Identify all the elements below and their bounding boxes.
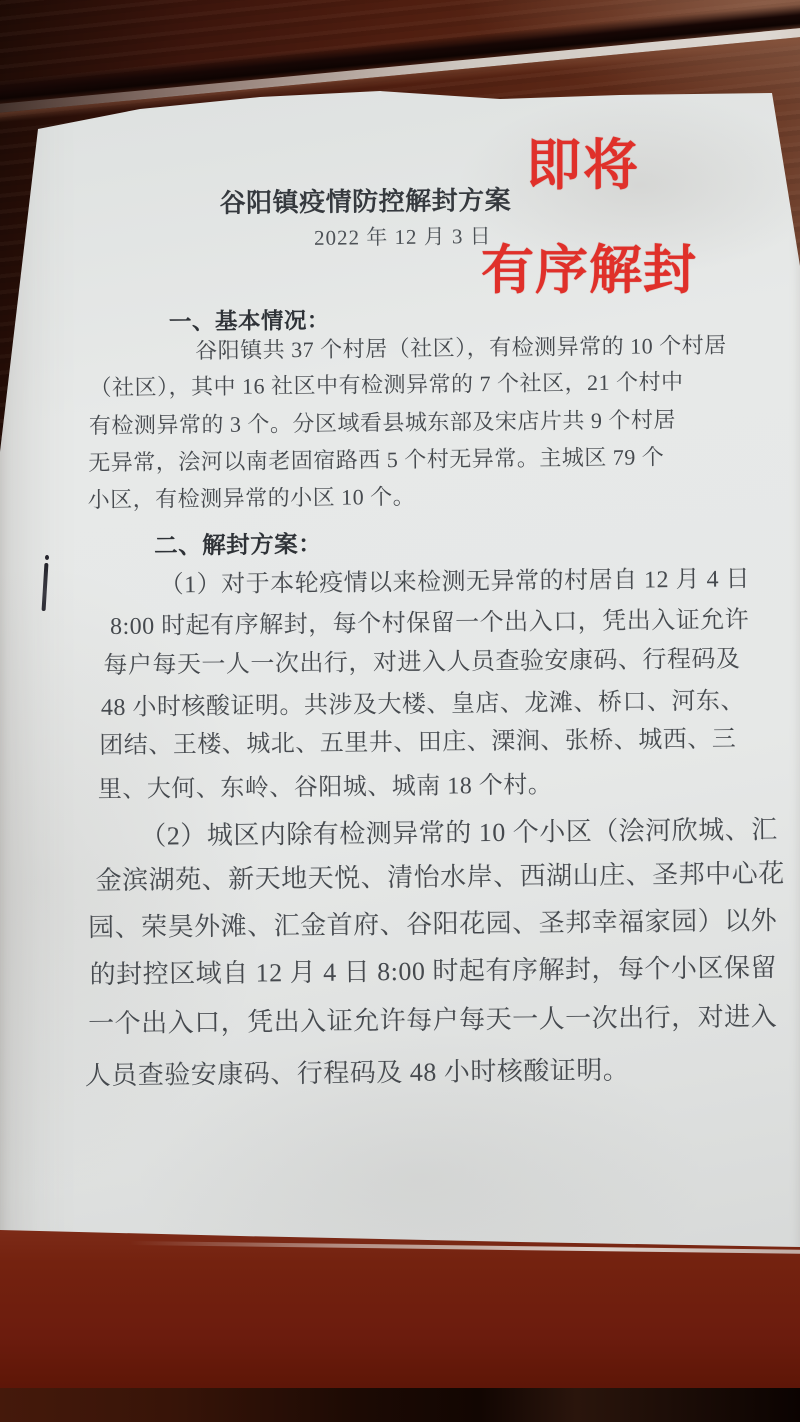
- doc-line: 团结、王楼、城北、五里井、田庄、溧涧、张桥、城西、三: [99, 718, 736, 760]
- document-title: 谷阳镇疫情防控解封方案: [219, 180, 511, 220]
- photo-of-document: 谷阳镇疫情防控解封方案 2022 年 12 月 3 日 一、基本情况： 谷阳镇共…: [0, 0, 800, 1422]
- doc-line: 一个出入口，凭出入证允许每户每天一人一次出行，对进入: [88, 996, 777, 1040]
- section-2-heading: 二、解封方案：: [154, 525, 322, 561]
- doc-line: 8:00 时起有序解封，每个村保留一个出入口，凭出入证允许: [110, 599, 750, 641]
- doc-line: （2）城区内除有检测异常的 10 个小区（浍河欣城、汇: [140, 809, 778, 853]
- doc-line: 谷阳镇共 37 个村居（社区），有检测异常的 10 个村居: [195, 329, 727, 366]
- doc-line: 小区，有检测异常的小区 10 个。: [88, 480, 416, 514]
- document-content: 谷阳镇疫情防控解封方案 2022 年 12 月 3 日 一、基本情况： 谷阳镇共…: [0, 0, 800, 1422]
- doc-line: 园、荣昊外滩、汇金首府、谷阳花园、圣邦幸福家园）以外: [88, 900, 777, 944]
- overlay-caption-bottom: 有序解封: [481, 228, 697, 304]
- doc-line: 里、大何、东岭、谷阳城、城南 18 个村。: [98, 764, 553, 804]
- doc-line: （1）对于本轮疫情以来检测无异常的村居自 12 月 4 日: [159, 558, 750, 599]
- pen-mark-dot: [45, 555, 49, 560]
- doc-line: 人员查验安康码、行程码及 48 小时核酸证明。: [85, 1050, 630, 1093]
- paper-sheet: 谷阳镇疫情防控解封方案 2022 年 12 月 3 日 一、基本情况： 谷阳镇共…: [0, 0, 800, 1422]
- doc-line: 的封控区域自 12 月 4 日 8:00 时起有序解封，每个小区保留: [89, 947, 777, 991]
- desk-front-shadow: [0, 1388, 800, 1422]
- overlay-caption-top: 即将: [526, 121, 640, 200]
- doc-line: （社区），其中 16 社区中有检测异常的 7 个社区，21 个村中: [89, 365, 683, 402]
- doc-line: 无异常，浍河以南老固宿路西 5 个村无异常。主城区 79 个: [88, 440, 664, 477]
- document-date: 2022 年 12 月 3 日: [314, 220, 492, 252]
- section-1-heading: 一、基本情况：: [169, 303, 330, 337]
- doc-line: 每户每天一人一次出行，对进入人员查验安康码、行程码及: [103, 638, 740, 680]
- doc-line: 有检测异常的 3 个。分区域看县城东部及宋店片共 9 个村居: [89, 403, 676, 440]
- doc-line: 金滨湖苑、新天地天悦、清怡水岸、西湖山庄、圣邦中心花: [95, 853, 784, 897]
- doc-line: 48 小时核酸证明。共涉及大楼、皇店、龙滩、桥口、河东、: [101, 680, 745, 722]
